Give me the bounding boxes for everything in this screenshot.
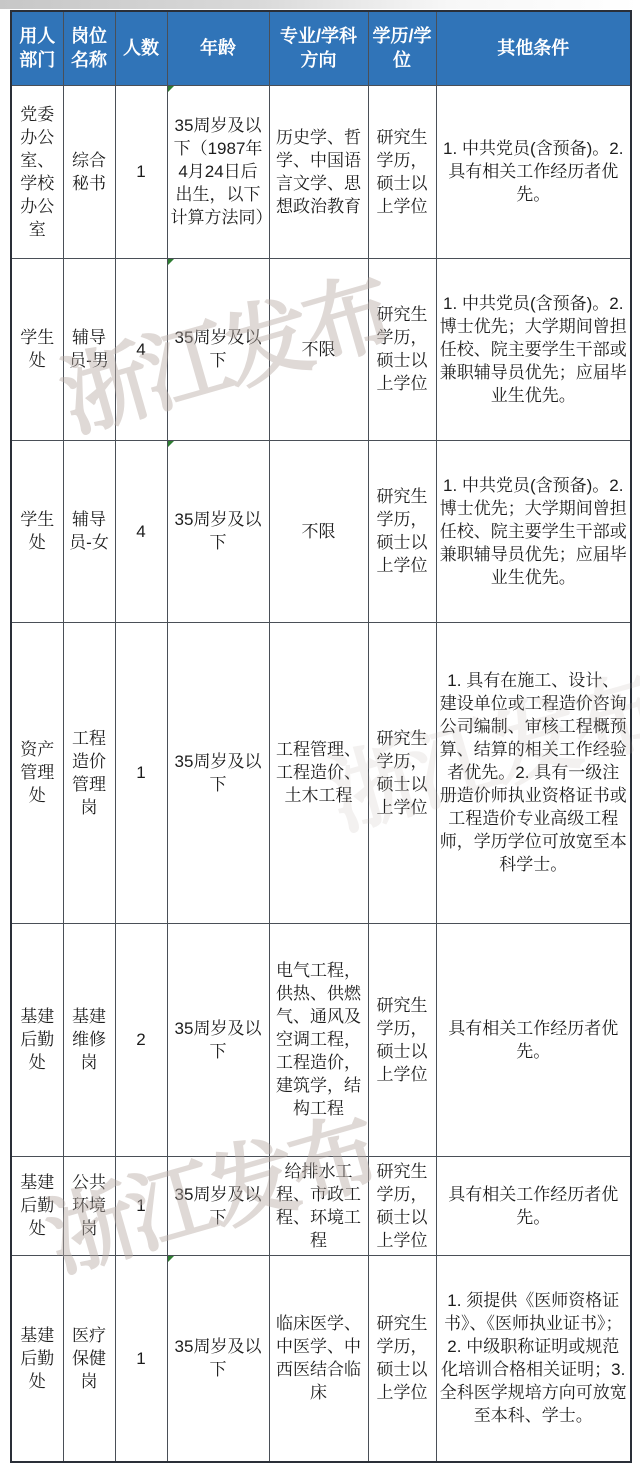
cell-post: 公共环境岗 — [63, 1156, 115, 1255]
table-row: 学生处 辅导员-女 4 35周岁及以下 不限 研究生学历，硕士以上学位 1. 中… — [11, 440, 631, 622]
cell-degree: 研究生学历，硕士以上学位 — [368, 923, 436, 1156]
cell-post: 医疗保健岗 — [63, 1255, 115, 1462]
cell-age: 35周岁及以下 — [167, 923, 269, 1156]
cell-major: 给排水工程、市政工程、环境工程 — [269, 1156, 368, 1255]
table-row: 基建后勤处 公共环境岗 1 35周岁及以下 给排水工程、市政工程、环境工程 研究… — [11, 1156, 631, 1255]
cell-count: 1 — [115, 622, 167, 923]
cell-degree: 研究生学历，硕士以上学位 — [368, 1156, 436, 1255]
cell-age: 35周岁及以下（1987年4月24日后出生，以下计算方法同） — [167, 85, 269, 258]
cell-dept: 基建后勤处 — [11, 1255, 63, 1462]
cell-other: 1. 具有在施工、设计、建设单位或工程造价咨询公司编制、审核工程概预算、结算的相… — [436, 622, 631, 923]
cell-post: 综合秘书 — [63, 85, 115, 258]
cell-major: 电气工程，供热、供燃气、通风及空调工程，工程造价，建筑学，结构工程 — [269, 923, 368, 1156]
cell-major: 不限 — [269, 440, 368, 622]
cell-other: 1. 须提供《医师资格证书》、《医师执业证书》；2. 中级职称证明或规范化培训合… — [436, 1255, 631, 1462]
cell-degree: 研究生学历，硕士以上学位 — [368, 1255, 436, 1462]
cell-degree: 研究生学历，硕士以上学位 — [368, 622, 436, 923]
cell-count: 1 — [115, 1156, 167, 1255]
top-edge-strip — [0, 0, 640, 9]
cell-age: 35周岁及以下 — [167, 258, 269, 440]
col-header-other: 其他条件 — [436, 11, 631, 85]
cell-age: 35周岁及以下 — [167, 440, 269, 622]
table-row: 基建后勤处 基建维修岗 2 35周岁及以下 电气工程，供热、供燃气、通风及空调工… — [11, 923, 631, 1156]
table-row: 学生处 辅导员-男 4 35周岁及以下 不限 研究生学历，硕士以上学位 1. 中… — [11, 258, 631, 440]
cell-degree: 研究生学历，硕士以上学位 — [368, 85, 436, 258]
recruitment-table-page: { "colors": { "header_bg": "#3074b8", "h… — [0, 0, 640, 1474]
cell-degree: 研究生学历，硕士以上学位 — [368, 258, 436, 440]
cell-other: 1. 中共党员(含预备)。2. 具有相关工作经历者优先。 — [436, 85, 631, 258]
cell-count: 4 — [115, 258, 167, 440]
cell-other: 具有相关工作经历者优先。 — [436, 1156, 631, 1255]
cell-other: 具有相关工作经历者优先。 — [436, 923, 631, 1156]
table-header-row: 用人部门 岗位名称 人数 年龄 专业/学科方向 学历/学位 其他条件 — [11, 11, 631, 85]
col-header-degree: 学历/学位 — [368, 11, 436, 85]
cell-dept: 党委办公室、学校办公室 — [11, 85, 63, 258]
cell-dept: 学生处 — [11, 440, 63, 622]
cell-major: 临床医学、中医学、中西医结合临床 — [269, 1255, 368, 1462]
cell-dept: 资产管理处 — [11, 622, 63, 923]
cell-major: 不限 — [269, 258, 368, 440]
cell-age: 35周岁及以下 — [167, 622, 269, 923]
cell-dept: 学生处 — [11, 258, 63, 440]
col-header-age: 年龄 — [167, 11, 269, 85]
cell-count: 1 — [115, 1255, 167, 1462]
cell-major: 工程管理、工程造价、土木工程 — [269, 622, 368, 923]
cell-other: 1. 中共党员(含预备)。2. 博士优先；大学期间曾担任校、院主要学生干部或兼职… — [436, 258, 631, 440]
cell-post: 基建维修岗 — [63, 923, 115, 1156]
col-header-post: 岗位名称 — [63, 11, 115, 85]
cell-count: 4 — [115, 440, 167, 622]
table-row: 资产管理处 工程造价管理岗 1 35周岁及以下 工程管理、工程造价、土木工程 研… — [11, 622, 631, 923]
col-header-dept: 用人部门 — [11, 11, 63, 85]
cell-age: 35周岁及以下 — [167, 1255, 269, 1462]
recruitment-table: 用人部门 岗位名称 人数 年龄 专业/学科方向 学历/学位 其他条件 党委办公室… — [10, 10, 632, 1463]
cell-other: 1. 中共党员(含预备)。2. 博士优先；大学期间曾担任校、院主要学生干部或兼职… — [436, 440, 631, 622]
cell-post: 辅导员-女 — [63, 440, 115, 622]
cell-post: 辅导员-男 — [63, 258, 115, 440]
cell-dept: 基建后勤处 — [11, 1156, 63, 1255]
table-row: 党委办公室、学校办公室 综合秘书 1 35周岁及以下（1987年4月24日后出生… — [11, 85, 631, 258]
cell-age: 35周岁及以下 — [167, 1156, 269, 1255]
col-header-count: 人数 — [115, 11, 167, 85]
cell-major: 历史学、哲学、中国语言文学、思想政治教育 — [269, 85, 368, 258]
table-row: 基建后勤处 医疗保健岗 1 35周岁及以下 临床医学、中医学、中西医结合临床 研… — [11, 1255, 631, 1462]
cell-count: 2 — [115, 923, 167, 1156]
col-header-major: 专业/学科方向 — [269, 11, 368, 85]
cell-count: 1 — [115, 85, 167, 258]
cell-dept: 基建后勤处 — [11, 923, 63, 1156]
cell-degree: 研究生学历，硕士以上学位 — [368, 440, 436, 622]
cell-post: 工程造价管理岗 — [63, 622, 115, 923]
